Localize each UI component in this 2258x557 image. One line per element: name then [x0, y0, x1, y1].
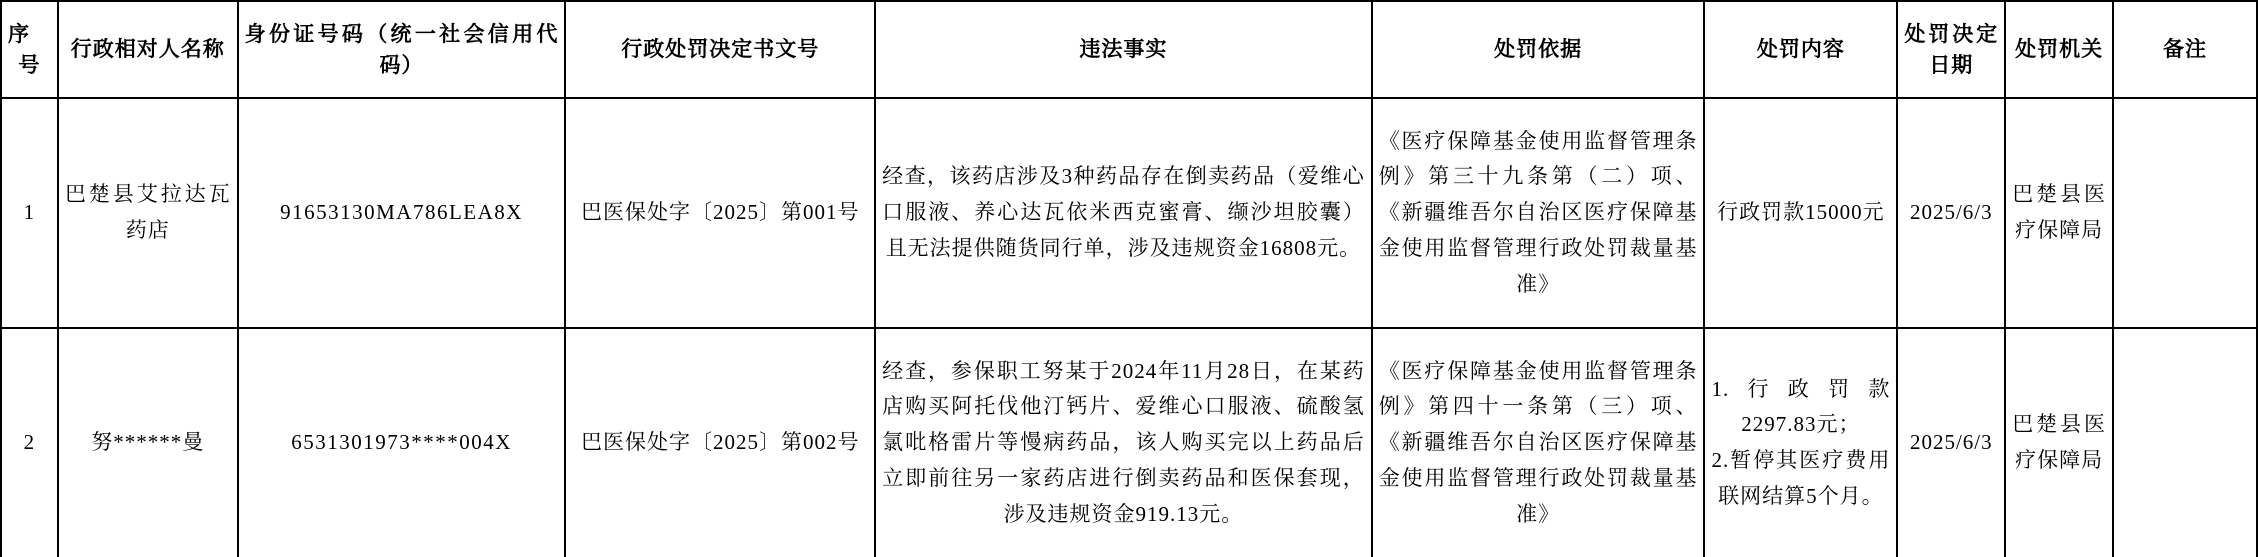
cell-seq: 1 [1, 98, 58, 328]
table-row: 1 巴楚县艾拉达瓦药店 91653130MA786LEA8X 巴医保处字〔202… [1, 98, 2257, 328]
cell-doc-no: 巴医保处字〔2025〕第002号 [565, 328, 875, 557]
cell-remark [2113, 328, 2257, 557]
cell-authority: 巴楚县医疗保障局 [2005, 328, 2113, 557]
header-content: 处罚内容 [1704, 1, 1897, 98]
cell-date: 2025/6/3 [1897, 328, 2005, 557]
header-id-code: 身份证号码（统一社会信用代码） [238, 1, 566, 98]
cell-authority: 巴楚县医疗保障局 [2005, 98, 2113, 328]
header-date: 处罚决定日期 [1897, 1, 2005, 98]
table-row: 2 努******曼 6531301973****004X 巴医保处字〔2025… [1, 328, 2257, 557]
cell-basis: 《医疗保障基金使用监督管理条例》第四十一条第（三）项、《新疆维吾尔自治区医疗保障… [1372, 328, 1705, 557]
cell-date: 2025/6/3 [1897, 98, 2005, 328]
header-row: 序号 行政相对人名称 身份证号码（统一社会信用代码） 行政处罚决定书文号 违法事… [1, 1, 2257, 98]
cell-doc-no: 巴医保处字〔2025〕第001号 [565, 98, 875, 328]
header-basis: 处罚依据 [1372, 1, 1705, 98]
cell-facts: 经查，该药店涉及3种药品存在倒卖药品（爱维心口服液、养心达瓦依米西克蜜膏、缬沙坦… [875, 98, 1372, 328]
penalty-table: 序号 行政相对人名称 身份证号码（统一社会信用代码） 行政处罚决定书文号 违法事… [0, 0, 2258, 557]
header-authority: 处罚机关 [2005, 1, 2113, 98]
cell-id-code: 6531301973****004X [238, 328, 566, 557]
cell-content: 1.行政罚款2297.83元； 2.暂停其医疗费用联网结算5个月。 [1704, 328, 1897, 557]
cell-remark [2113, 98, 2257, 328]
header-doc-no: 行政处罚决定书文号 [565, 1, 875, 98]
cell-seq: 2 [1, 328, 58, 557]
cell-party-name: 努******曼 [58, 328, 238, 557]
cell-id-code: 91653130MA786LEA8X [238, 98, 566, 328]
cell-party-name: 巴楚县艾拉达瓦药店 [58, 98, 238, 328]
header-seq: 序号 [1, 1, 58, 98]
cell-content: 行政罚款15000元 [1704, 98, 1897, 328]
header-party-name: 行政相对人名称 [58, 1, 238, 98]
cell-facts: 经查，参保职工努某于2024年11月28日，在某药店购买阿托伐他汀钙片、爱维心口… [875, 328, 1372, 557]
cell-basis: 《医疗保障基金使用监督管理条例》第三十九条第（二）项、《新疆维吾尔自治区医疗保障… [1372, 98, 1705, 328]
header-remark: 备注 [2113, 1, 2257, 98]
header-facts: 违法事实 [875, 1, 1372, 98]
